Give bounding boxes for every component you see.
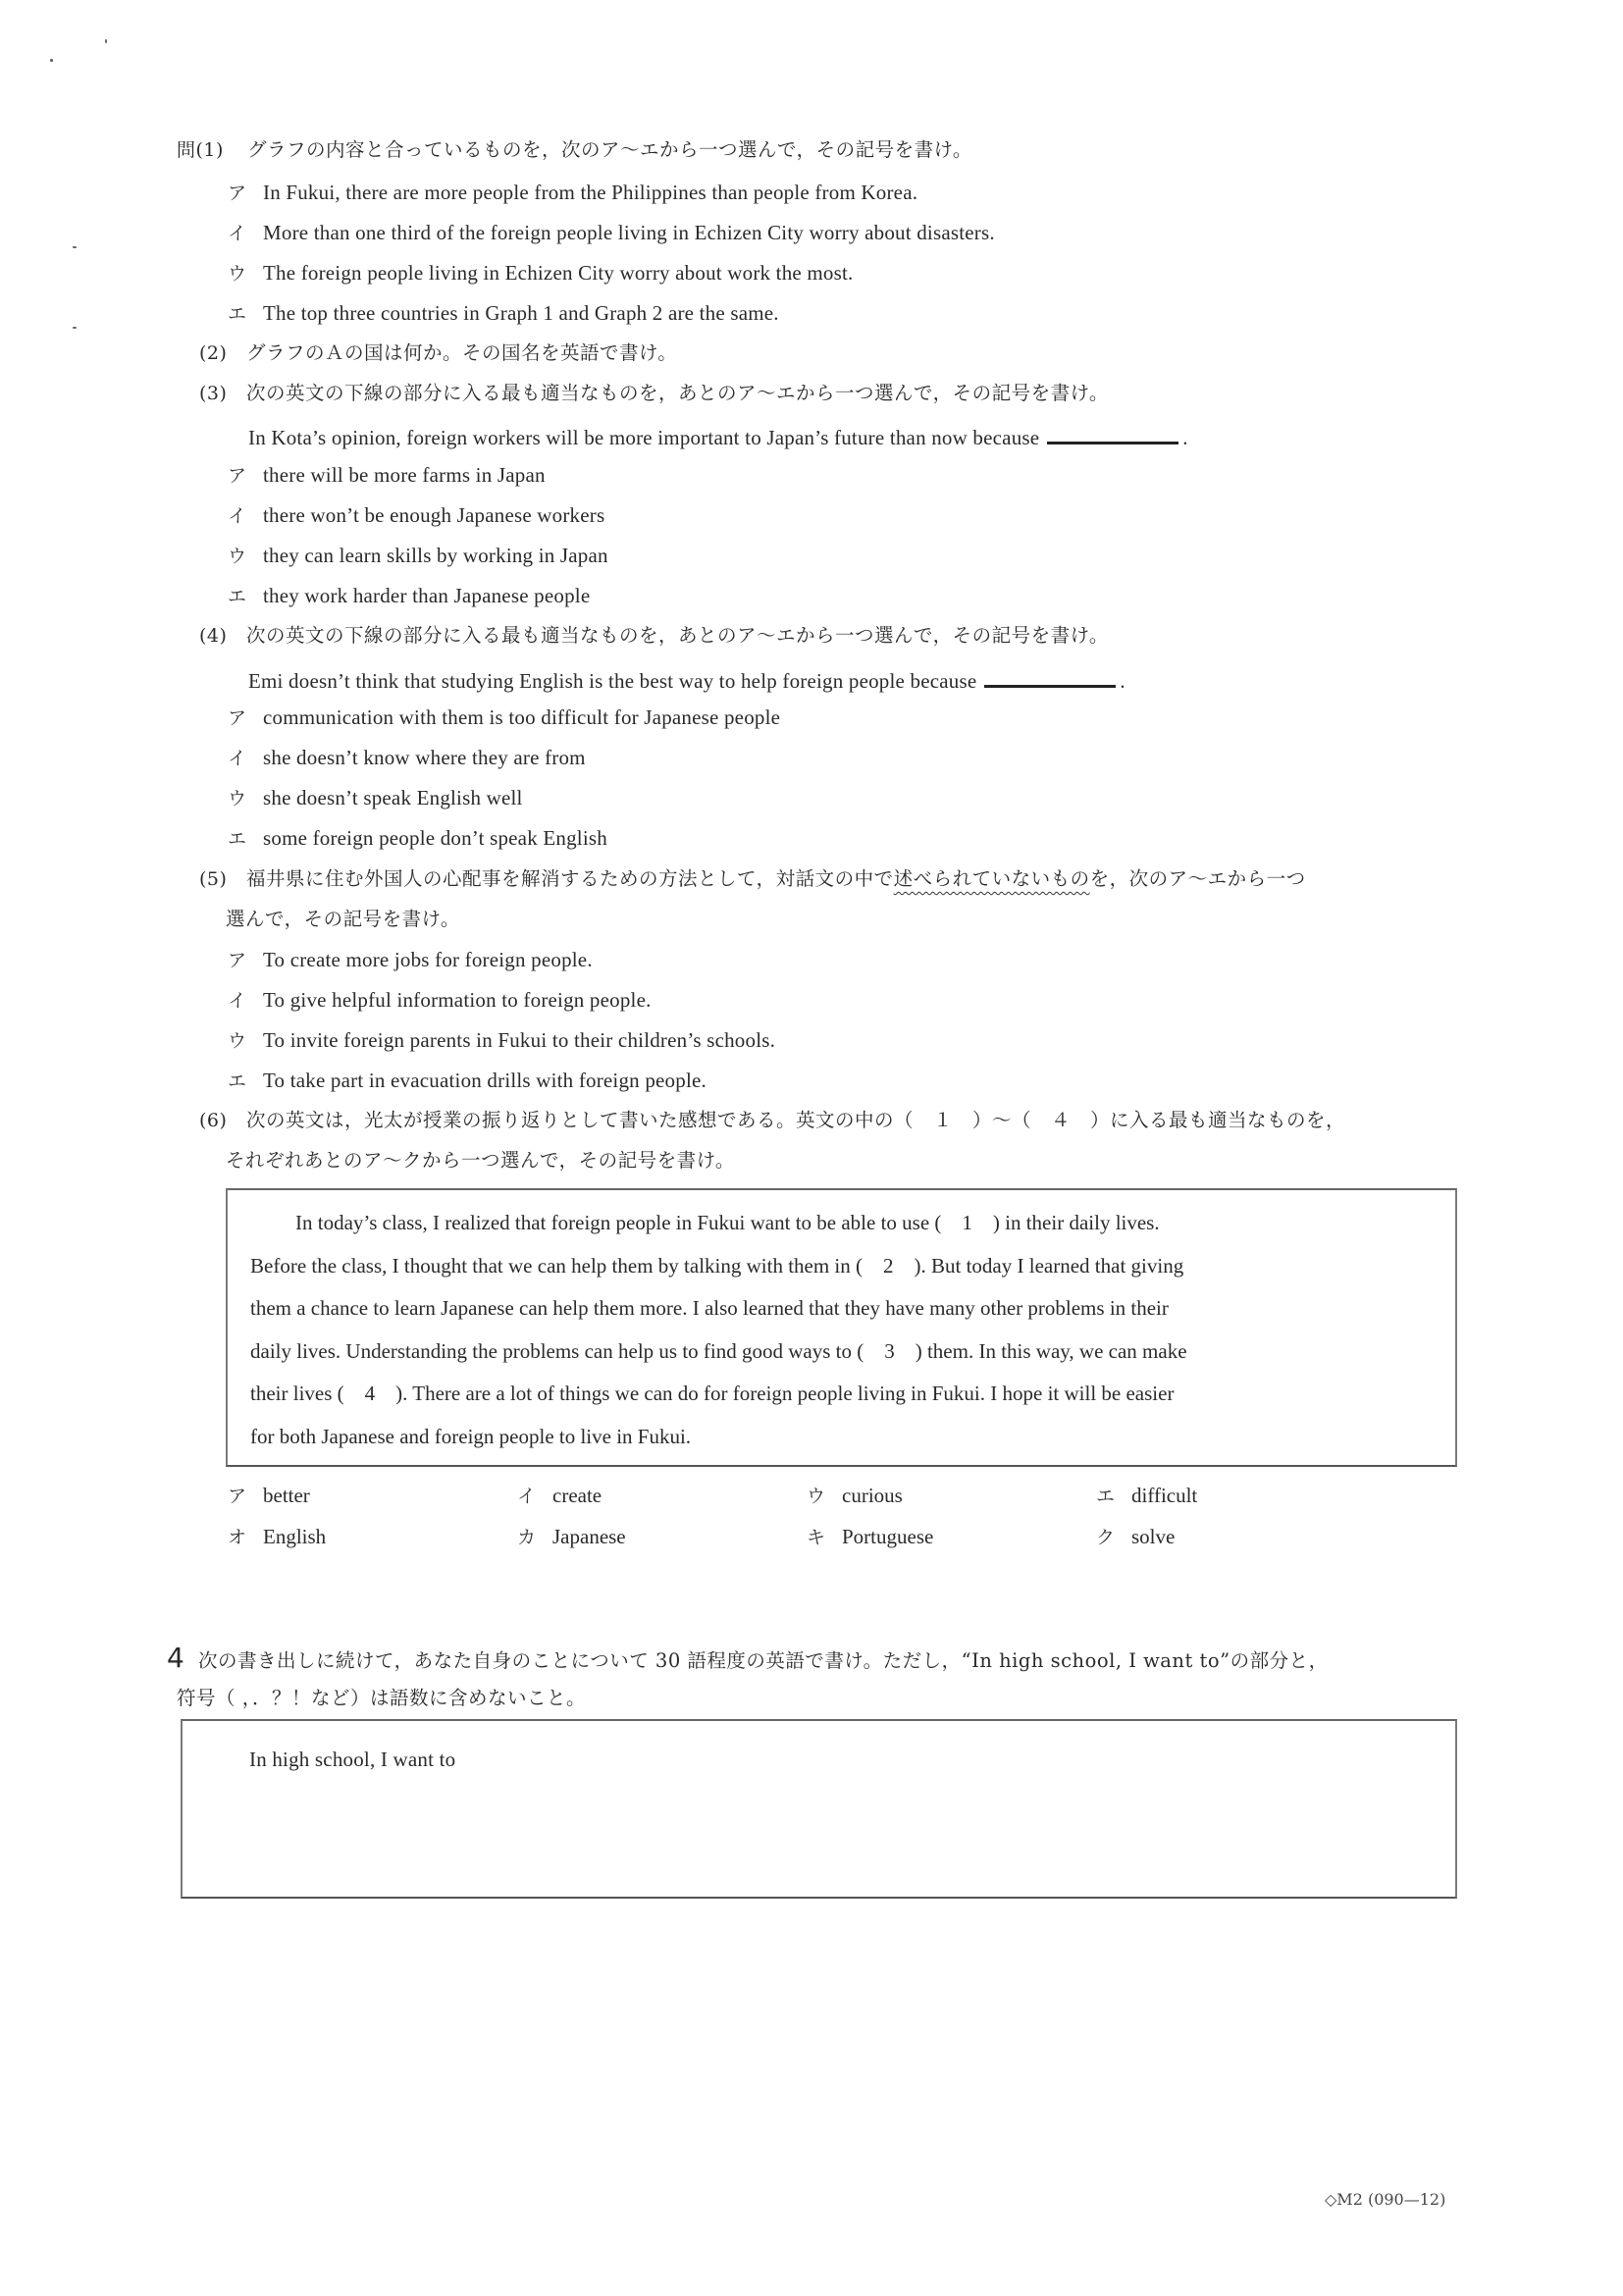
- option-marker: ア: [228, 704, 263, 732]
- option-a: アcommunication with them is too difficul…: [228, 704, 780, 732]
- choice-u: ウcurious: [807, 1482, 1096, 1510]
- emphasized-text: 述べられていないもの: [894, 867, 1090, 890]
- option-text: The top three countries in Graph 1 and G…: [263, 301, 779, 325]
- choice-a: アbetter: [228, 1482, 517, 1510]
- question-label: (4): [199, 622, 246, 650]
- option-text: English: [263, 1525, 326, 1548]
- question-label: (2): [199, 339, 246, 367]
- page-code: ◇M2 (090—12): [1325, 2190, 1445, 2209]
- choice-o: オEnglish: [228, 1523, 517, 1551]
- option-text: The foreign people living in Echizen Cit…: [263, 261, 853, 285]
- prompt-text: 次の英文の下線の部分に入る最も適当なものを，あとのア～エから一つ選んで，その記号…: [246, 382, 1109, 404]
- prompt-text: 次の書き出しに続けて，あなた自身のことについて 30 語程度の英語で書け。ただし…: [198, 1649, 1329, 1672]
- option-marker: イ: [228, 220, 263, 247]
- option-text: Japanese: [552, 1525, 626, 1548]
- option-text: solve: [1131, 1525, 1175, 1548]
- scan-speck: [105, 39, 107, 43]
- choice-ku: クsolve: [1096, 1523, 1351, 1551]
- option-marker: ウ: [228, 1027, 263, 1055]
- question-1-prompt: 問(1)グラフの内容と合っているものを，次のア～エから一つ選んで，その記号を書け…: [177, 136, 972, 164]
- sentence-text: Emi doesn’t think that studying English …: [248, 669, 976, 693]
- option-marker: イ: [228, 987, 263, 1015]
- prompt-text: 次の英文は，光太が授業の振り返りとして書いた感想である。英文の中の（ １ ）～（…: [246, 1109, 1345, 1131]
- option-u: ウshe doesn’t speak English well: [228, 784, 523, 812]
- question-3-prompt: (3)次の英文の下線の部分に入る最も適当なものを，あとのア～エから一つ選んで，そ…: [199, 380, 1109, 407]
- option-text: they can learn skills by working in Japa…: [263, 544, 608, 567]
- question-6-prompt-cont: それぞれあとのア～クから一つ選んで，その記号を書け。: [226, 1147, 735, 1174]
- option-marker: エ: [228, 300, 263, 328]
- option-marker: エ: [228, 825, 263, 853]
- passage-line: them a chance to learn Japanese can help…: [250, 1287, 1434, 1331]
- option-a: アthere will be more farms in Japan: [228, 461, 546, 490]
- scan-speck: [73, 246, 77, 248]
- option-text: To create more jobs for foreign people.: [263, 948, 593, 971]
- option-marker: イ: [228, 502, 263, 530]
- word-choices: アbetter イcreate ウcurious エdifficult オEng…: [228, 1482, 1351, 1551]
- prompt-text: を，次のア～エから一つ: [1090, 867, 1306, 890]
- question-5-prompt-cont: 選んで，その記号を書け。: [226, 906, 460, 933]
- passage-line: In today’s class, I realized that foreig…: [250, 1202, 1434, 1245]
- question-4-sentence: Emi doesn’t think that studying English …: [248, 663, 1126, 695]
- option-marker: カ: [517, 1524, 552, 1551]
- option-marker: ア: [228, 1483, 263, 1510]
- option-text: some foreign people don’t speak English: [263, 826, 607, 850]
- option-marker: ウ: [807, 1483, 842, 1510]
- option-text: she doesn’t know where they are from: [263, 746, 586, 769]
- option-u: ウThe foreign people living in Echizen Ci…: [228, 259, 853, 287]
- answer-box[interactable]: In high school, I want to: [181, 1719, 1457, 1899]
- option-text: difficult: [1131, 1484, 1197, 1507]
- option-a: アIn Fukui, there are more people from th…: [228, 179, 917, 207]
- option-text: Portuguese: [842, 1525, 933, 1548]
- option-text: curious: [842, 1484, 903, 1507]
- section-4-prompt-cont: 符号（ ，．？！など）は語数に含めないこと。: [177, 1685, 586, 1712]
- option-text: To invite foreign parents in Fukui to th…: [263, 1028, 775, 1052]
- prompt-text: 次の英文の下線の部分に入る最も適当なものを，あとのア～エから一つ選んで，その記号…: [246, 624, 1109, 647]
- question-4-prompt: (4)次の英文の下線の部分に入る最も適当なものを，あとのア～エから一つ選んで，そ…: [199, 622, 1109, 650]
- choice-ka: カJapanese: [517, 1523, 807, 1551]
- option-e: エTo take part in evacuation drills with …: [228, 1067, 707, 1095]
- prompt-text: グラフの内容と合っているものを，次のア～エから一つ選んで，その記号を書け。: [247, 138, 972, 161]
- option-marker: ア: [228, 947, 263, 974]
- option-text: communication with them is too difficult…: [263, 705, 780, 729]
- option-e: エsome foreign people don’t speak English: [228, 824, 607, 853]
- option-u: ウthey can learn skills by working in Jap…: [228, 542, 608, 570]
- option-text: More than one third of the foreign peopl…: [263, 221, 995, 244]
- option-text: there will be more farms in Japan: [263, 463, 546, 487]
- sentence-end: .: [1182, 426, 1187, 449]
- prompt-text: 符号（ ，．？！など）は語数に含めないこと。: [177, 1687, 586, 1709]
- option-text: To take part in evacuation drills with f…: [263, 1069, 707, 1092]
- answer-blank: [1047, 420, 1178, 444]
- passage-line: daily lives. Understanding the problems …: [250, 1331, 1434, 1374]
- option-marker: イ: [517, 1483, 552, 1510]
- option-marker: エ: [1096, 1483, 1131, 1510]
- question-label: (5): [199, 865, 246, 893]
- option-marker: エ: [228, 583, 263, 610]
- option-marker: ア: [228, 462, 263, 490]
- option-marker: ア: [228, 180, 263, 207]
- choice-ki: キPortuguese: [807, 1523, 1096, 1551]
- option-e: エThe top three countries in Graph 1 and …: [228, 299, 779, 328]
- option-marker: ウ: [228, 543, 263, 570]
- question-label: (6): [199, 1107, 246, 1134]
- option-marker: キ: [807, 1524, 842, 1551]
- option-text: To give helpful information to foreign p…: [263, 988, 652, 1012]
- prompt-text: 選んで，その記号を書け。: [226, 908, 460, 930]
- option-marker: オ: [228, 1524, 263, 1551]
- section-number: 4: [167, 1644, 198, 1672]
- prompt-text: グラフのＡの国は何か。その国名を英語で書け。: [246, 341, 677, 364]
- option-text: they work harder than Japanese people: [263, 584, 590, 607]
- answer-blank: [984, 663, 1116, 688]
- passage-line: their lives ( 4 ). There are a lot of th…: [250, 1373, 1434, 1416]
- starter-text: In high school, I want to: [249, 1746, 455, 1773]
- section-4-prompt: 4次の書き出しに続けて，あなた自身のことについて 30 語程度の英語で書け。ただ…: [167, 1644, 1329, 1675]
- choice-e: エdifficult: [1096, 1482, 1351, 1510]
- passage-box: In today’s class, I realized that foreig…: [226, 1188, 1457, 1467]
- option-marker: ウ: [228, 785, 263, 812]
- option-marker: ク: [1096, 1524, 1131, 1551]
- option-text: there won’t be enough Japanese workers: [263, 503, 604, 527]
- option-marker: エ: [228, 1068, 263, 1095]
- scan-speck: [73, 327, 77, 329]
- passage-line: for both Japanese and foreign people to …: [250, 1416, 1434, 1459]
- sentence-text: In Kota’s opinion, foreign workers will …: [248, 426, 1039, 449]
- option-text: create: [552, 1484, 602, 1507]
- option-i: イTo give helpful information to foreign …: [228, 986, 652, 1015]
- option-i: イthere won’t be enough Japanese workers: [228, 501, 604, 530]
- question-5-prompt: (5)福井県に住む外国人の心配事を解消するための方法として，対話文の中で述べられ…: [199, 865, 1306, 893]
- option-text: In Fukui, there are more people from the…: [263, 181, 917, 204]
- option-text: she doesn’t speak English well: [263, 786, 523, 809]
- prompt-text: 福井県に住む外国人の心配事を解消するための方法として，対話文の中で: [246, 867, 894, 890]
- option-a: アTo create more jobs for foreign people.: [228, 946, 593, 974]
- option-marker: ウ: [228, 260, 263, 287]
- scan-speck: [50, 59, 53, 62]
- passage: In today’s class, I realized that foreig…: [250, 1202, 1434, 1459]
- question-label: 問(1): [177, 136, 247, 164]
- question-3-sentence: In Kota’s opinion, foreign workers will …: [248, 420, 1188, 451]
- choice-i: イcreate: [517, 1482, 807, 1510]
- option-u: ウTo invite foreign parents in Fukui to t…: [228, 1026, 775, 1055]
- question-label: (3): [199, 380, 246, 407]
- prompt-text: それぞれあとのア～クから一つ選んで，その記号を書け。: [226, 1149, 735, 1172]
- question-2-prompt: (2)グラフのＡの国は何か。その国名を英語で書け。: [199, 339, 677, 367]
- question-6-prompt: (6)次の英文は，光太が授業の振り返りとして書いた感想である。英文の中の（ １ …: [199, 1107, 1345, 1134]
- option-e: エthey work harder than Japanese people: [228, 582, 590, 610]
- sentence-end: .: [1120, 669, 1125, 693]
- passage-line: Before the class, I thought that we can …: [250, 1245, 1434, 1288]
- option-i: イshe doesn’t know where they are from: [228, 744, 586, 772]
- option-text: better: [263, 1484, 310, 1507]
- option-i: イMore than one third of the foreign peop…: [228, 219, 995, 247]
- option-marker: イ: [228, 745, 263, 772]
